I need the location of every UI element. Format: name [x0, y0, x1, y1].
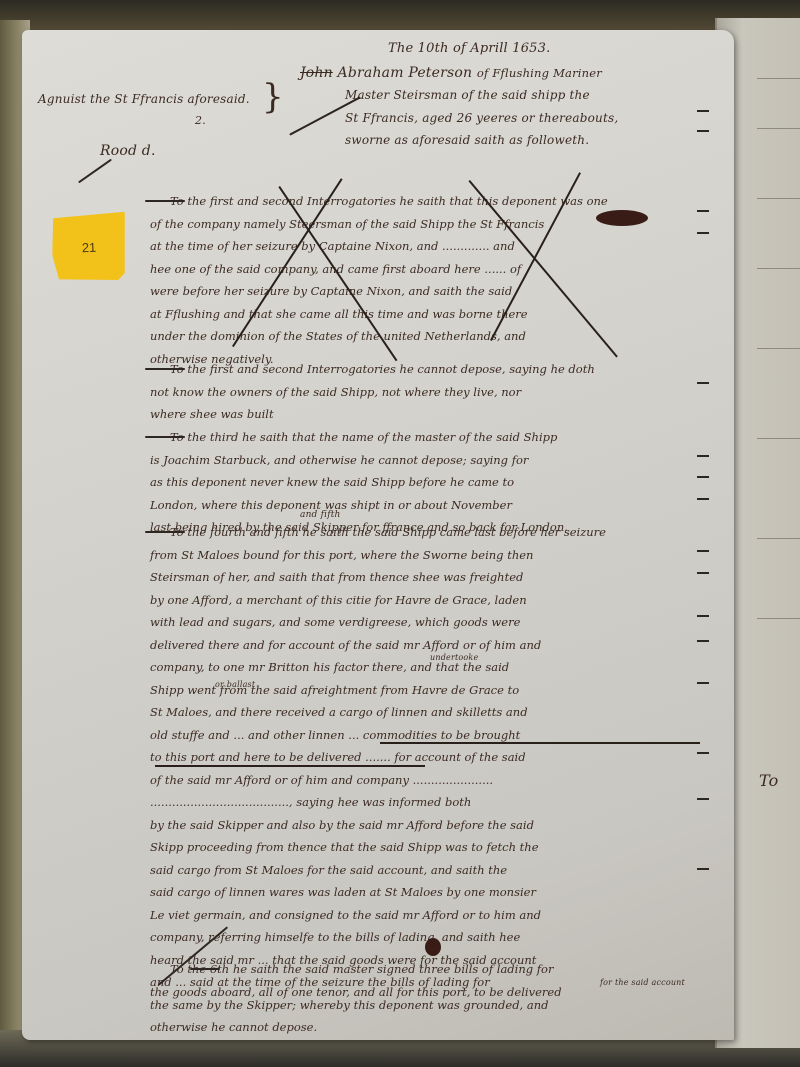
interlinear-insertion: and fifth	[300, 504, 341, 527]
paragraph-interrogatories-1-2: To the first and second Interrogatories …	[150, 362, 595, 430]
text-line: from St Maloes bound for this port, wher…	[150, 548, 606, 571]
text-line: where shee was built	[150, 407, 595, 430]
text-line: by the said Skipper and also by the said…	[150, 818, 606, 841]
line-end-dash	[697, 798, 709, 800]
line-end-dash	[697, 615, 709, 617]
paragraph-crossed-out: To the first and second Interrogatories …	[150, 194, 608, 374]
deposition-date: The 10th of Aprill 1653.	[388, 38, 550, 61]
sticky-note: 21	[51, 212, 127, 283]
text-line: said cargo from St Maloes for the said a…	[150, 863, 606, 886]
line-end-dash	[697, 640, 709, 642]
interlinear-insertion: for the said account	[600, 972, 685, 995]
text-line: ......................................, …	[150, 795, 606, 818]
margin-note: Agnuist the St Ffrancis aforesaid.	[38, 88, 250, 111]
line-end-dash	[697, 382, 709, 384]
line-end-dash	[697, 752, 709, 754]
strike-through	[155, 765, 425, 767]
text-line: Steirsman of her, and saith that from th…	[150, 570, 606, 593]
text-line: delivered there and for account of the s…	[150, 638, 606, 661]
margin-number: 2.	[195, 110, 206, 133]
paragraph-flourish	[145, 531, 185, 533]
line-end-dash	[697, 868, 709, 870]
strike-through	[380, 742, 700, 744]
text-line: were before her seizure by Captaine Nixo…	[150, 284, 608, 307]
text-line: with lead and sugars, and some verdigree…	[150, 615, 606, 638]
text-line: To the first and second Interrogatories …	[150, 362, 595, 385]
text-line: at Fflushing and that she came all this …	[150, 307, 608, 330]
text-line: Le viet germain, and consigned to the sa…	[150, 908, 606, 931]
line-end-dash	[697, 550, 709, 552]
interlinear-insertion: undertooke	[430, 647, 478, 670]
text-line: To the fourth and fifth he saith the sai…	[150, 525, 606, 548]
text-line: as this deponent never knew the said Shi…	[150, 475, 568, 498]
line-end-dash	[697, 232, 709, 234]
intro-line: Master Steirsman of the said shipp the	[345, 84, 618, 107]
deponent-origin: of Fflushing Mariner	[477, 66, 602, 80]
line-end-dash	[697, 476, 709, 478]
ink-blot	[425, 938, 441, 956]
text-line: of the said mr Afford or of him and comp…	[150, 773, 606, 796]
deponent-struck-name: John	[300, 65, 333, 81]
text-line: old stuffe and ... and other linnen ... …	[150, 728, 606, 751]
paragraph-flourish	[190, 968, 220, 970]
text-line: said cargo of linnen wares was laden at …	[150, 885, 606, 908]
text-line: not know the owners of the said Shipp, n…	[150, 385, 595, 408]
text-line: of the company namely Steersman of the s…	[150, 217, 608, 240]
paragraph-flourish	[145, 200, 185, 202]
intro-line: sworne as aforesaid saith as followeth.	[345, 129, 618, 152]
intro-line: St Ffrancis, aged 26 yeeres or thereabou…	[345, 107, 618, 130]
text-line: To the 6th he saith the said master sign…	[150, 962, 562, 985]
text-line: Skipp proceeding from thence that the sa…	[150, 840, 606, 863]
deponent-name: Abraham Peterson	[338, 65, 473, 81]
text-line: by one Afford, a merchant of this citie …	[150, 593, 606, 616]
sticky-note-label: 21	[82, 239, 97, 254]
line-end-dash	[697, 210, 709, 212]
line-end-dash	[697, 455, 709, 457]
line-end-dash	[697, 498, 709, 500]
line-end-dash	[697, 572, 709, 574]
text-line: To the first and second Interrogatories …	[150, 194, 608, 217]
ink-blot	[596, 210, 648, 226]
text-line: is Joachim Starbuck, and otherwise he ca…	[150, 453, 568, 476]
text-line: To the third he saith that the name of t…	[150, 430, 568, 453]
deponent-intro: Master Steirsman of the said shipp the S…	[345, 84, 618, 152]
line-end-dash	[697, 682, 709, 684]
text-line: London, where this deponent was shipt in…	[150, 498, 568, 521]
text-line: to this port and here to be delivered ..…	[150, 750, 606, 773]
paragraph-flourish	[145, 368, 185, 370]
margin-brace: }	[262, 80, 284, 114]
facing-page-text: To	[759, 770, 778, 793]
text-line: otherwise he cannot depose.	[150, 1020, 606, 1043]
paragraph-flourish	[145, 436, 185, 438]
line-end-dash	[697, 110, 709, 112]
text-line: St Maloes, and there received a cargo of…	[150, 705, 606, 728]
deponent-line: John Abraham Peterson of Fflushing Marin…	[300, 62, 602, 85]
text-line: the goods aboard, all of one tenor, and …	[150, 985, 562, 1008]
interlinear-insertion: or ballast	[215, 674, 255, 697]
line-end-dash	[697, 130, 709, 132]
